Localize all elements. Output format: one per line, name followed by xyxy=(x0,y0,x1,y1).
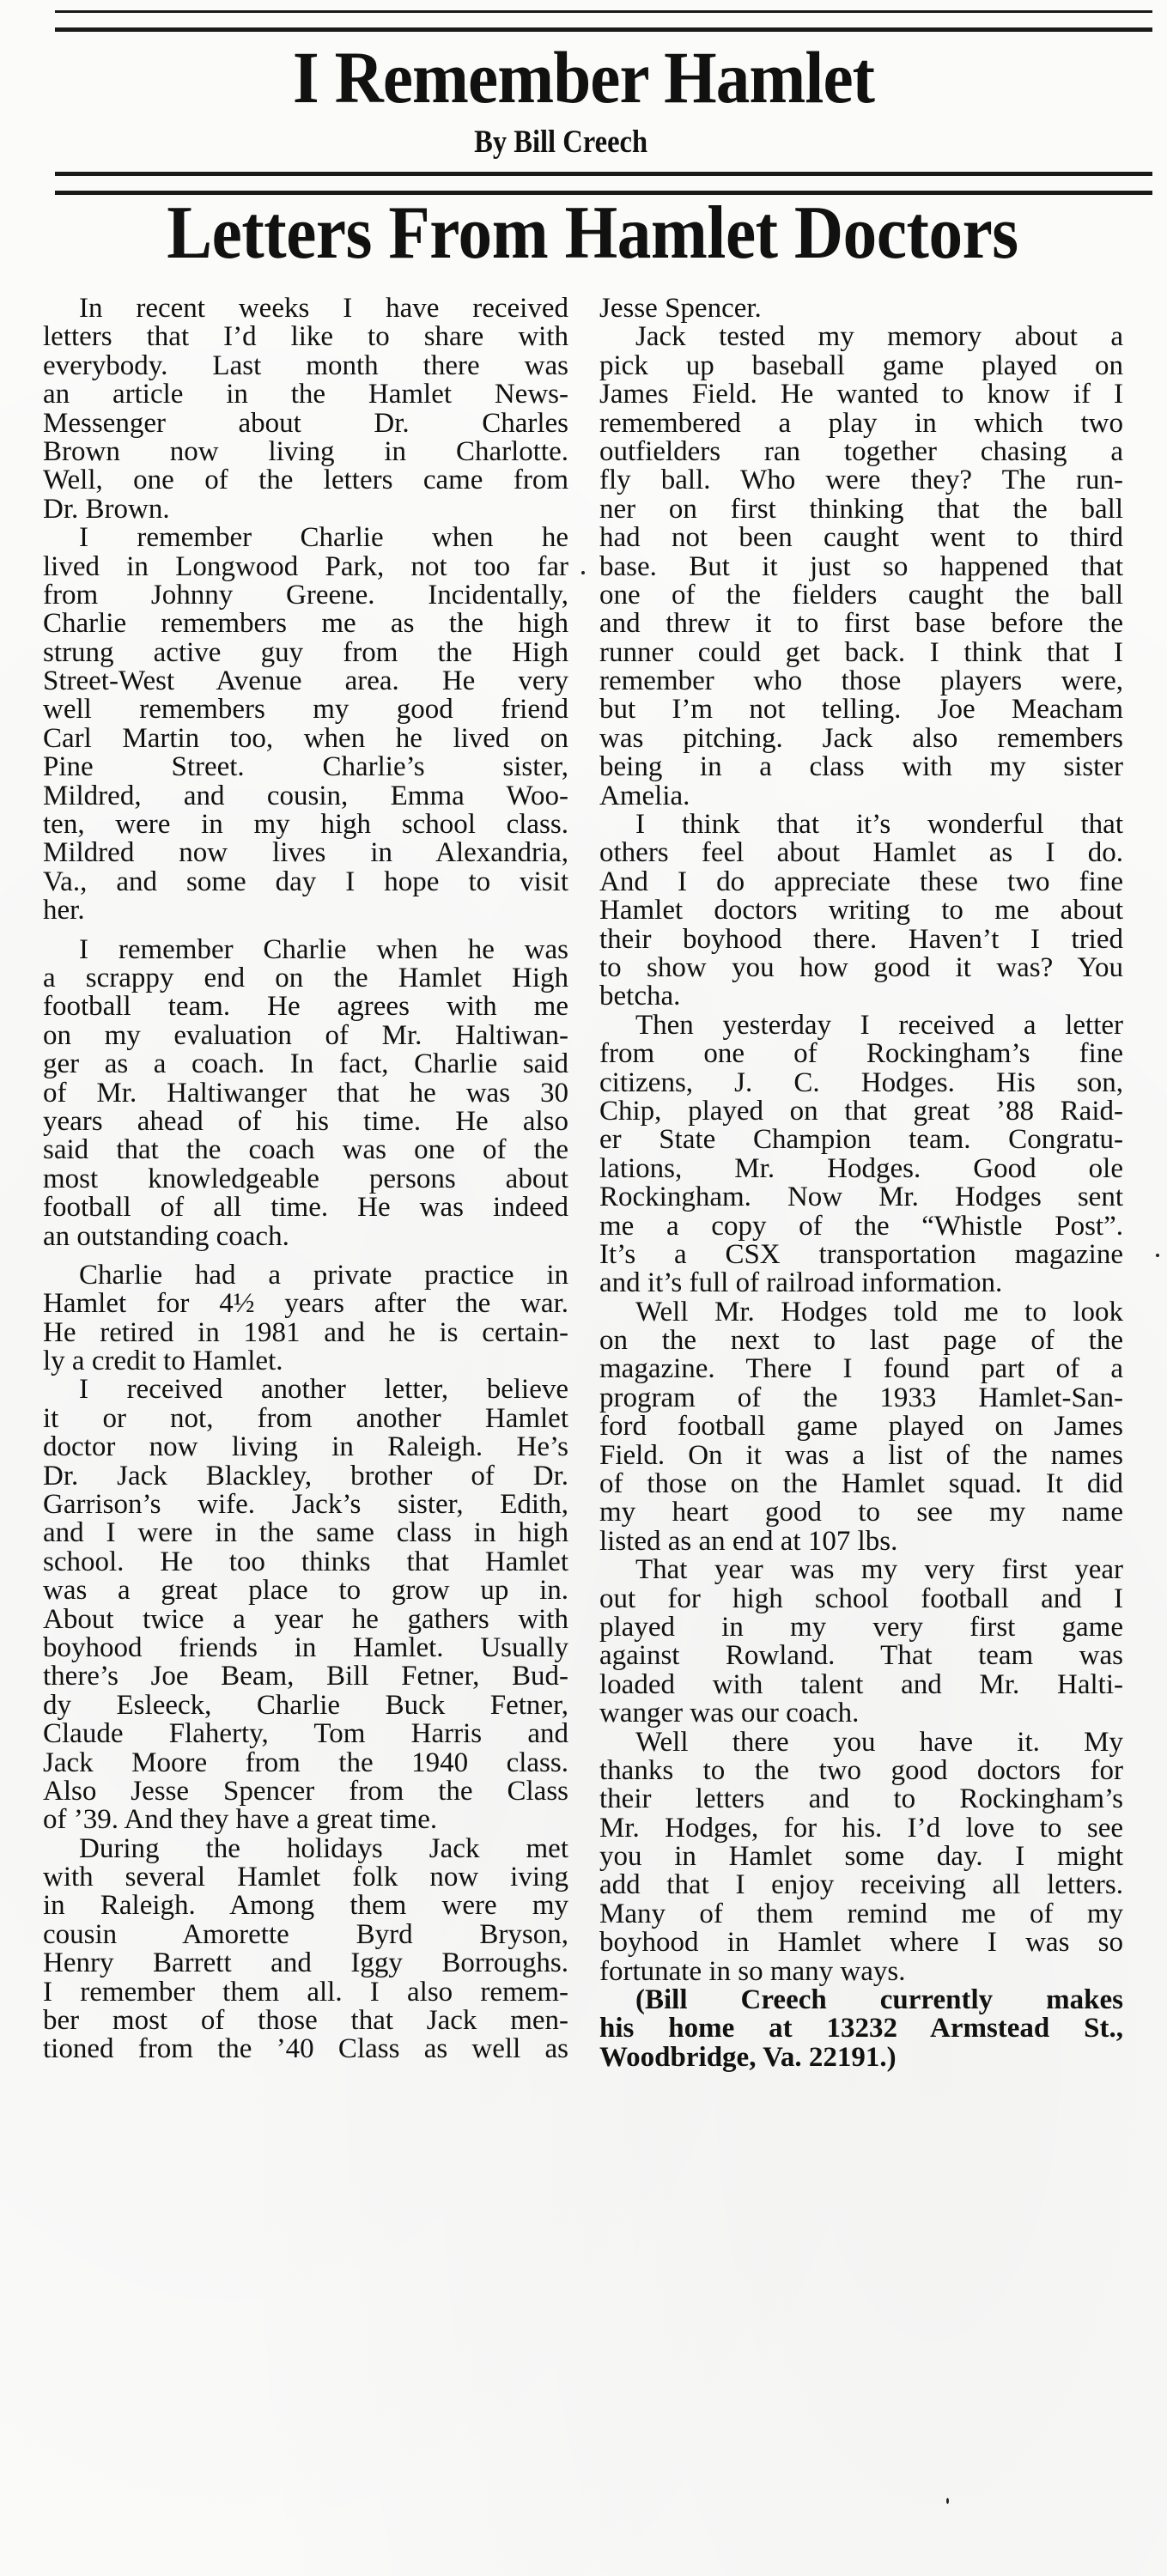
article-text-line: tioned from the ’40 Class as well as xyxy=(43,2035,568,2063)
article-text-line: an article in the Hamlet News- xyxy=(43,380,568,409)
article-text-line: a scrappy end on the Hamlet High xyxy=(43,964,568,993)
newspaper-page: I Remember Hamlet By Bill Creech Letters… xyxy=(0,0,1167,2576)
article-text-line: ner on first thinking that the ball xyxy=(599,495,1123,524)
article-text-line: football team. He agrees with me xyxy=(43,993,568,1021)
article-text-line: Dr. Jack Blackley, brother of Dr. xyxy=(43,1462,568,1491)
article-text-line: was a great place to grow up in. xyxy=(43,1577,568,1605)
article-text-line: Mildred, and cousin, Emma Woo- xyxy=(43,782,568,811)
article-text-line: had not been caught went to third xyxy=(599,524,1123,552)
article-text-line: I received another letter, believe xyxy=(43,1376,568,1404)
article-text-line: lations, Mr. Hodges. Good ole xyxy=(599,1155,1123,1183)
article-text-line: Garrison’s wife. Jack’s sister, Edith, xyxy=(43,1491,568,1519)
article-text-line: Hamlet doctors writing to me about xyxy=(599,896,1123,925)
article-text-line: cousin Amorette Byrd Bryson, xyxy=(43,1921,568,1949)
article-text-line: Then yesterday I received a letter xyxy=(599,1012,1123,1040)
article-text-line: on the next to last page of the xyxy=(599,1327,1123,1355)
article-text-line: being in a class with my sister xyxy=(599,753,1123,781)
article-text-line: with several Hamlet folk now iving xyxy=(43,1863,568,1892)
top-thin-rule xyxy=(55,10,1152,13)
article-text-line: and threw it to first base before the xyxy=(599,610,1123,638)
column-title: I Remember Hamlet xyxy=(46,34,1120,120)
article-text-line: listed as an end at 107 lbs. xyxy=(599,1528,1123,1556)
article-text-line: played in my very first game xyxy=(599,1613,1123,1642)
article-text-line: base. But it just so happened that xyxy=(599,553,1123,581)
article-text-line: her. xyxy=(43,896,568,925)
article-text-line: football of all time. He was indeed xyxy=(43,1194,568,1222)
article-text-line: magazine. There I found part of a xyxy=(599,1355,1123,1383)
article-text-line: er State Champion team. Congratu- xyxy=(599,1126,1123,1154)
article-column-right: Jesse Spencer.Jack tested my memory abou… xyxy=(599,295,1123,2072)
article-text-line: boyhood friends in Hamlet. Usually xyxy=(43,1634,568,1662)
article-text-line: betcha. xyxy=(599,982,1123,1011)
article-text-line: ford football game played on James xyxy=(599,1413,1123,1441)
article-text-line: outfielders ran together chasing a xyxy=(599,438,1123,466)
article-text-line: and it’s full of railroad information. xyxy=(599,1269,1123,1297)
article-text-line: most knowledgeable persons about xyxy=(43,1165,568,1194)
article-text-line: and I were in the same class in high xyxy=(43,1519,568,1547)
article-text-line: my heart good to see my name xyxy=(599,1498,1123,1527)
article-text-line: remembered a play in which two xyxy=(599,410,1123,438)
article-text-line: Also Jesse Spencer from the Class xyxy=(43,1777,568,1806)
article-text-line: well remembers my good friend xyxy=(43,696,568,724)
article-text-line: but I’m not telling. Joe Meacham xyxy=(599,696,1123,724)
article-text-line: loaded with talent and Mr. Halti- xyxy=(599,1671,1123,1699)
article-text-line: others feel about Hamlet as I do. xyxy=(599,839,1123,867)
byline: By Bill Creech xyxy=(70,124,1097,161)
article-text-line: That year was my very first year xyxy=(599,1556,1123,1584)
article-text-line: runner could get back. I think that I xyxy=(599,639,1123,667)
article-text-line: one of the fielders caught the ball xyxy=(599,581,1123,610)
print-speck xyxy=(946,2498,949,2504)
article-text-line: on my evaluation of Mr. Haltiwan- xyxy=(43,1022,568,1050)
article-text-line: Amelia. xyxy=(599,782,1123,811)
article-text-line: ber most of those that Jack men- xyxy=(43,2007,568,2035)
article-text-line: of ’39. And they have a great time. xyxy=(43,1806,568,1834)
article-text-line: citizens, J. C. Hodges. His son, xyxy=(599,1069,1123,1097)
author-note-line: Woodbridge, Va. 22191.) xyxy=(599,2044,1123,2072)
article-text-line: It’s a CSX transportation magazine xyxy=(599,1241,1123,1269)
article-text-line: dy Esleeck, Charlie Buck Fetner, xyxy=(43,1692,568,1720)
article-text-line: said that the coach was one of the xyxy=(43,1136,568,1164)
print-speck xyxy=(1156,1254,1159,1257)
article-text-line: I think that it’s wonderful that xyxy=(599,811,1123,839)
article-text-line: doctor now living in Raleigh. He’s xyxy=(43,1433,568,1461)
article-text-line: ly a credit to Hamlet. xyxy=(43,1347,568,1376)
article-text-line: Carl Martin too, when he lived on xyxy=(43,725,568,753)
article-text-line: everybody. Last month there was xyxy=(43,352,568,380)
article-text-line: Rockingham. Now Mr. Hodges sent xyxy=(599,1183,1123,1212)
article-text-line: Field. On it was a list of the names xyxy=(599,1442,1123,1470)
article-text-line: Mr. Hodges, for his. I’d love to see xyxy=(599,1814,1123,1843)
article-text-line: me a copy of the “Whistle Post”. xyxy=(599,1212,1123,1241)
article-text-line: Pine Street. Charlie’s sister, xyxy=(43,753,568,781)
article-text-line: out for high school football and I xyxy=(599,1585,1123,1613)
article-text-line: of those on the Hamlet squad. It did xyxy=(599,1470,1123,1498)
article-text-line: About twice a year he gathers with xyxy=(43,1606,568,1634)
divider-rule-upper xyxy=(55,172,1152,176)
article-text-line: years ahead of his time. He also xyxy=(43,1108,568,1136)
article-text-line: Jack tested my memory about a xyxy=(599,323,1123,351)
article-text-line: letters that I’d like to share with xyxy=(43,323,568,351)
article-text-line: Henry Barrett and Iggy Borroughs. xyxy=(43,1949,568,1978)
article-text-line: Claude Flaherty, Tom Harris and xyxy=(43,1720,568,1748)
article-text-line: I remember Charlie when he xyxy=(43,524,568,552)
article-text-line: against Rowland. That team was xyxy=(599,1642,1123,1670)
article-text-line: add that I enjoy receiving all letters. xyxy=(599,1871,1123,1899)
article-text-line: Well Mr. Hodges told me to look xyxy=(599,1298,1123,1327)
article-text-line: it or not, from another Hamlet xyxy=(43,1405,568,1433)
article-text-line: remember who those players were, xyxy=(599,667,1123,696)
article-text-line: in Raleigh. Among them were my xyxy=(43,1892,568,1920)
article-text-line: During the holidays Jack met xyxy=(43,1835,568,1863)
article-text-line: Messenger about Dr. Charles xyxy=(43,410,568,438)
article-text-line: Chip, played on that great ’88 Raid- xyxy=(599,1097,1123,1126)
article-text-line: their letters and to Rockingham’s xyxy=(599,1785,1123,1814)
article-text-line: Brown now living in Charlotte. xyxy=(43,438,568,466)
author-note-line: (Bill Creech currently makes xyxy=(599,1986,1123,2014)
article-text-line: Charlie remembers me as the high xyxy=(43,610,568,638)
article-text-line: In recent weeks I have received xyxy=(43,295,568,323)
top-rule xyxy=(55,27,1152,32)
article-text-line: pick up baseball game played on xyxy=(599,352,1123,380)
article-text-line: from one of Rockingham’s fine xyxy=(599,1040,1123,1068)
article-text-line: ten, were in my high school class. xyxy=(43,811,568,839)
article-text-line: to show you how good it was? You xyxy=(599,954,1123,982)
article-text-line: was pitching. Jack also remembers xyxy=(599,725,1123,753)
article-headline: Letters From Hamlet Doctors xyxy=(90,191,1095,276)
article-column-left: In recent weeks I have receivedletters t… xyxy=(43,295,568,2064)
article-text-line: boyhood in Hamlet where I was so xyxy=(599,1929,1123,1957)
article-text-line: He retired in 1981 and he is certain- xyxy=(43,1319,568,1347)
article-text-line: Mildred now lives in Alexandria, xyxy=(43,839,568,867)
article-text-line: I remember them all. I also remem- xyxy=(43,1978,568,2007)
article-text-line: James Field. He wanted to know if I xyxy=(599,380,1123,409)
article-text-line: Hamlet for 4½ years after the war. xyxy=(43,1290,568,1318)
article-text-line: wanger was our coach. xyxy=(599,1699,1123,1728)
author-note-line: his home at 13232 Armstead St., xyxy=(599,2014,1123,2043)
article-text-line: Jack Moore from the 1940 class. xyxy=(43,1749,568,1777)
article-text-line: Charlie had a private practice in xyxy=(43,1261,568,1290)
print-speck xyxy=(581,571,585,574)
article-text-line: fly ball. Who were they? The run- xyxy=(599,466,1123,495)
article-text-line: their boyhood there. Haven’t I tried xyxy=(599,926,1123,954)
article-text-line: And I do appreciate these two fine xyxy=(599,868,1123,896)
article-text-line: Va., and some day I hope to visit xyxy=(43,868,568,896)
article-text-line: lived in Longwood Park, not too far xyxy=(43,553,568,581)
article-text-line: an outstanding coach. xyxy=(43,1223,568,1251)
article-text-line: Street-West Avenue area. He very xyxy=(43,667,568,696)
article-text-line: Well, one of the letters came from xyxy=(43,466,568,495)
article-text-line: from Johnny Greene. Incidentally, xyxy=(43,581,568,610)
article-text-line: Many of them remind me of my xyxy=(599,1900,1123,1929)
article-text-line: thanks to the two good doctors for xyxy=(599,1757,1123,1785)
article-text-line: you in Hamlet some day. I might xyxy=(599,1843,1123,1871)
article-text-line: strung active guy from the High xyxy=(43,639,568,667)
article-text-line: Jesse Spencer. xyxy=(599,295,1123,323)
article-text-line: there’s Joe Beam, Bill Fetner, Bud- xyxy=(43,1662,568,1691)
article-text-line: Well there you have it. My xyxy=(599,1728,1123,1757)
article-text-line: of Mr. Haltiwanger that he was 30 xyxy=(43,1079,568,1108)
article-text-line: school. He too thinks that Hamlet xyxy=(43,1548,568,1577)
article-text-line: ger as a coach. In fact, Charlie said xyxy=(43,1050,568,1078)
article-text-line: program of the 1933 Hamlet-San- xyxy=(599,1384,1123,1413)
article-text-line: fortunate in so many ways. xyxy=(599,1958,1123,1986)
article-text-line: I remember Charlie when he was xyxy=(43,936,568,964)
article-text-line: Dr. Brown. xyxy=(43,495,568,524)
